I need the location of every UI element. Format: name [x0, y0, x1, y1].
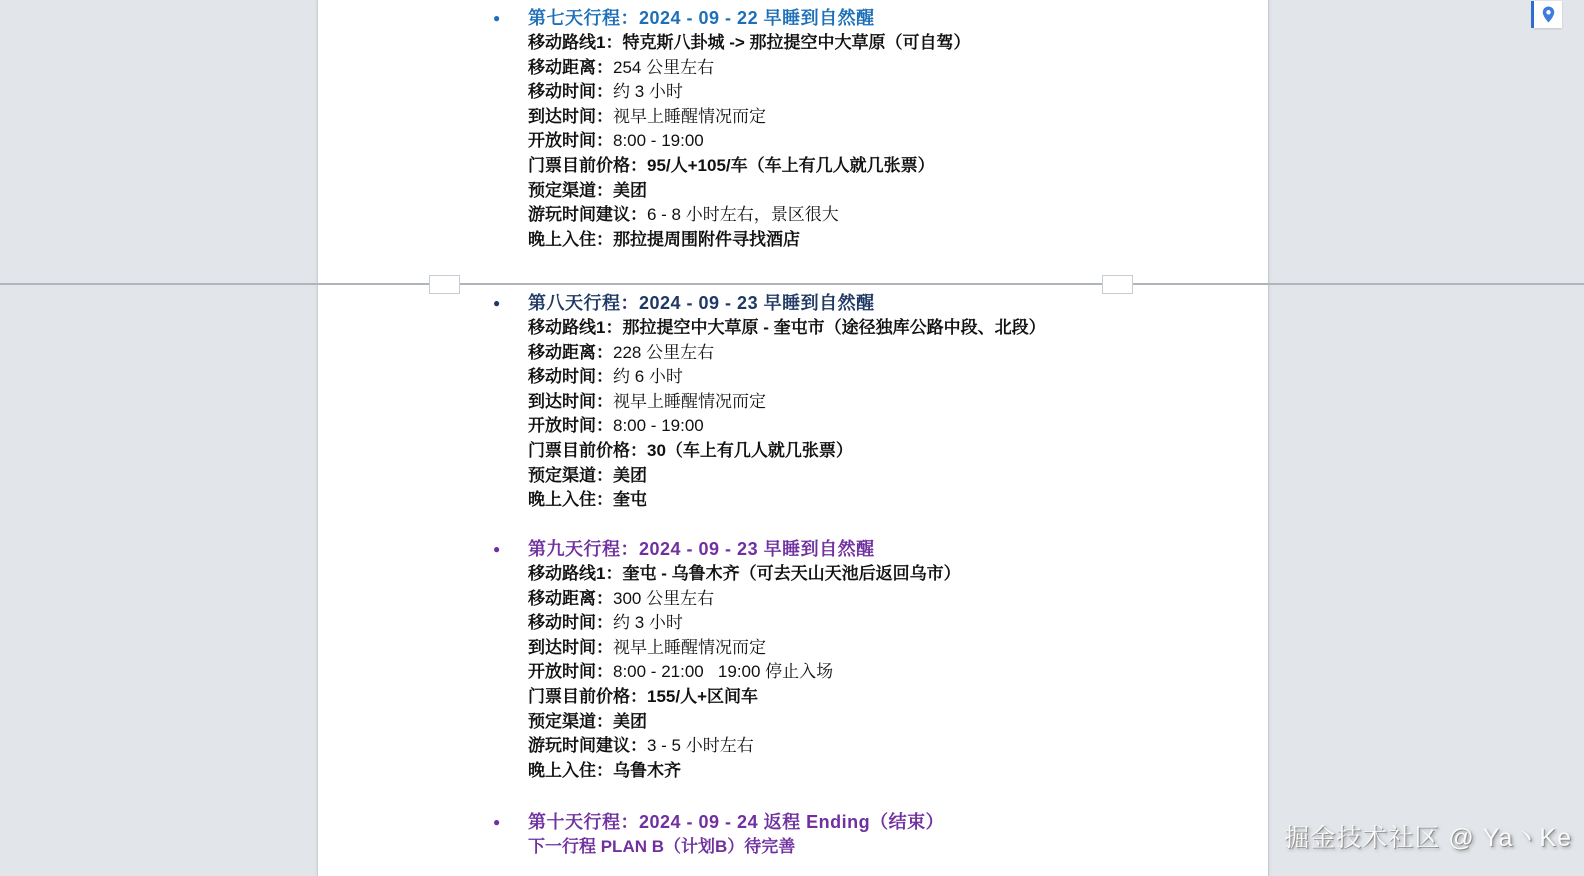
itinerary-line: 游玩时间建议：3 - 5 小时左右: [317, 734, 1267, 759]
itinerary-line: 移动距离：300 公里左右: [317, 587, 1267, 612]
itinerary-line: 晚上入住：那拉提周围附件寻找酒店: [317, 228, 1267, 253]
itinerary-line: 移动时间：约 3 小时: [317, 611, 1267, 636]
line-label: 晚上入住：: [528, 761, 613, 780]
line-label: 移动路线1：: [528, 564, 622, 583]
itinerary-section-day-7: ●第七天行程：2024 - 09 - 22 早睡到自然醒移动路线1：特克斯八卦城…: [317, 6, 1267, 252]
line-value: 228 公里左右: [613, 343, 714, 362]
itinerary-line: 游玩时间建议：6 - 8 小时左右，景区很大: [317, 203, 1267, 228]
itinerary-line: 移动路线1：特克斯八卦城 -> 那拉提空中大草原（可自驾）: [317, 31, 1267, 56]
itinerary-line: 晚上入住：乌鲁木齐: [317, 759, 1267, 784]
line-value: 美团: [613, 466, 647, 485]
line-label: 游玩时间建议：: [528, 205, 647, 224]
map-pin-extension-button[interactable]: [1531, 1, 1562, 28]
line-label: 门票目前价格：: [528, 687, 647, 706]
line-value: 下一行程 PLAN B（计划B）待完善: [528, 837, 795, 856]
line-label: 预定渠道：: [528, 466, 613, 485]
line-value: 那拉提周围附件寻找酒店: [613, 230, 800, 249]
itinerary-line: 到达时间：视早上睡醒情况而定: [317, 390, 1267, 415]
line-label: 门票目前价格：: [528, 441, 647, 460]
day-heading-day-7: ●第七天行程：2024 - 09 - 22 早睡到自然醒: [317, 6, 1267, 31]
itinerary-line: 开放时间：8:00 - 21:00 19:00 停止入场: [317, 660, 1267, 685]
itinerary-line: 预定渠道：美团: [317, 179, 1267, 204]
line-label: 到达时间：: [528, 107, 613, 126]
day-heading-title: 第七天行程：2024 - 09 - 22 早睡到自然醒: [528, 8, 875, 28]
bullet-icon: ●: [493, 810, 501, 835]
day-heading-day-9: ●第九天行程：2024 - 09 - 23 早睡到自然醒: [317, 537, 1267, 562]
line-value: 奎屯: [613, 490, 647, 509]
line-label: 开放时间：: [528, 416, 613, 435]
line-label: 移动时间：: [528, 367, 613, 386]
itinerary-line: 门票目前价格：95/人+105/车（车上有几人就几张票）: [317, 154, 1267, 179]
itinerary-section-day-8: ●第八天行程：2024 - 09 - 23 早睡到自然醒移动路线1：那拉提空中大…: [317, 291, 1267, 513]
itinerary-line: 移动距离：254 公里左右: [317, 56, 1267, 81]
line-value: 8:00 - 19:00: [613, 416, 704, 435]
itinerary-line: 移动时间：约 6 小时: [317, 365, 1267, 390]
line-label: 晚上入住：: [528, 230, 613, 249]
itinerary-line: 移动路线1：奎屯 - 乌鲁木齐（可去天山天池后返回乌市）: [317, 562, 1267, 587]
page-break-line: [0, 283, 1584, 285]
line-label: 到达时间：: [528, 392, 613, 411]
itinerary-section-day-10: ●第十天行程：2024 - 09 - 24 返程 Ending（结束）下一行程 …: [317, 810, 1267, 860]
line-label: 移动距离：: [528, 343, 613, 362]
line-label: 移动距离：: [528, 589, 613, 608]
itinerary-line: 下一行程 PLAN B（计划B）待完善: [317, 835, 1267, 860]
line-value: 视早上睡醒情况而定: [613, 107, 766, 126]
line-label: 移动时间：: [528, 613, 613, 632]
map-pin-icon: [1534, 1, 1562, 28]
line-label: 移动路线1：: [528, 33, 622, 52]
page-margin-mark-right: [1102, 275, 1133, 294]
itinerary-line: 到达时间：视早上睡醒情况而定: [317, 105, 1267, 130]
line-value: 美团: [613, 712, 647, 731]
itinerary-line: 门票目前价格：30（车上有几人就几张票）: [317, 439, 1267, 464]
itinerary-line: 移动路线1：那拉提空中大草原 - 奎屯市（途径独库公路中段、北段）: [317, 316, 1267, 341]
line-label: 移动时间：: [528, 82, 613, 101]
line-value: 30（车上有几人就几张票）: [647, 441, 853, 460]
itinerary-line: 移动距离：228 公里左右: [317, 341, 1267, 366]
itinerary-line: 预定渠道：美团: [317, 710, 1267, 735]
line-value: 视早上睡醒情况而定: [613, 638, 766, 657]
line-value: 视早上睡醒情况而定: [613, 392, 766, 411]
itinerary-content: ●第七天行程：2024 - 09 - 22 早睡到自然醒移动路线1：特克斯八卦城…: [317, 0, 1267, 876]
day-heading-day-8: ●第八天行程：2024 - 09 - 23 早睡到自然醒: [317, 291, 1267, 316]
itinerary-line: 到达时间：视早上睡醒情况而定: [317, 636, 1267, 661]
line-value: 8:00 - 19:00: [613, 131, 704, 150]
bullet-icon: ●: [493, 291, 501, 316]
line-value: 约 6 小时: [613, 367, 683, 386]
itinerary-line: 晚上入住：奎屯: [317, 488, 1267, 513]
line-value: 95/人+105/车（车上有几人就几张票）: [647, 156, 935, 175]
line-label: 预定渠道：: [528, 712, 613, 731]
bullet-icon: ●: [493, 6, 501, 31]
itinerary-line: 移动时间：约 3 小时: [317, 80, 1267, 105]
bullet-icon: ●: [493, 537, 501, 562]
line-value: 约 3 小时: [613, 613, 683, 632]
line-label: 开放时间：: [528, 662, 613, 681]
line-label: 移动路线1：: [528, 318, 622, 337]
line-label: 晚上入住：: [528, 490, 613, 509]
day-heading-title: 第八天行程：2024 - 09 - 23 早睡到自然醒: [528, 293, 875, 313]
day-heading-title: 第九天行程：2024 - 09 - 23 早睡到自然醒: [528, 539, 875, 559]
line-label: 预定渠道：: [528, 181, 613, 200]
line-value: 155/人+区间车: [647, 687, 758, 706]
line-value: 8:00 - 21:00 19:00 停止入场: [613, 662, 833, 681]
line-label: 移动距离：: [528, 58, 613, 77]
line-label: 到达时间：: [528, 638, 613, 657]
day-heading-title: 第十天行程：2024 - 09 - 24 返程 Ending（结束）: [528, 812, 944, 832]
line-value: 特克斯八卦城 -> 那拉提空中大草原（可自驾）: [622, 33, 970, 52]
watermark-text: 掘金技术社区 @ Ya丶Ke: [1284, 818, 1572, 854]
line-value: 美团: [613, 181, 647, 200]
itinerary-line: 预定渠道：美团: [317, 464, 1267, 489]
itinerary-line: 门票目前价格：155/人+区间车: [317, 685, 1267, 710]
page-margin-mark-left: [429, 275, 460, 294]
line-value: 254 公里左右: [613, 58, 714, 77]
line-value: 那拉提空中大草原 - 奎屯市（途径独库公路中段、北段）: [622, 318, 1045, 337]
line-value: 300 公里左右: [613, 589, 714, 608]
itinerary-line: 开放时间：8:00 - 19:00: [317, 129, 1267, 154]
line-label: 门票目前价格：: [528, 156, 647, 175]
line-label: 游玩时间建议：: [528, 736, 647, 755]
line-value: 3 - 5 小时左右: [647, 736, 754, 755]
day-heading-day-10: ●第十天行程：2024 - 09 - 24 返程 Ending（结束）: [317, 810, 1267, 835]
itinerary-section-day-9: ●第九天行程：2024 - 09 - 23 早睡到自然醒移动路线1：奎屯 - 乌…: [317, 537, 1267, 783]
line-label: 开放时间：: [528, 131, 613, 150]
line-value: 奎屯 - 乌鲁木齐（可去天山天池后返回乌市）: [622, 564, 960, 583]
line-value: 乌鲁木齐: [613, 761, 681, 780]
line-value: 6 - 8 小时左右，景区很大: [647, 205, 839, 224]
line-value: 约 3 小时: [613, 82, 683, 101]
itinerary-line: 开放时间：8:00 - 19:00: [317, 414, 1267, 439]
